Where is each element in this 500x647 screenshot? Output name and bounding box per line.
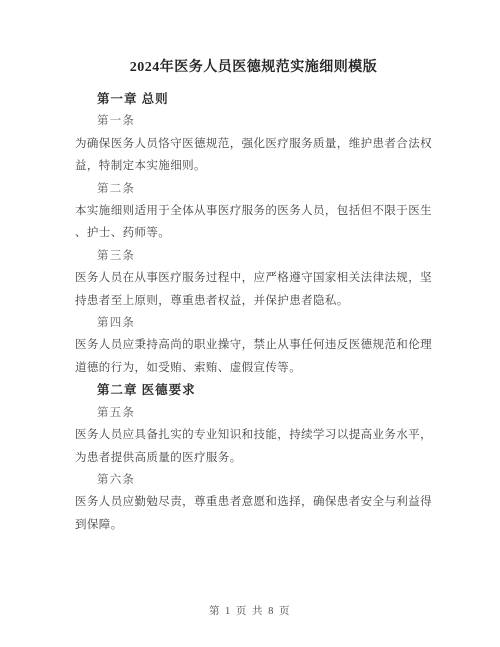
article-4-text-line-2: 道德的行为，如受贿、索贿、虚假宣传等。 (75, 357, 432, 379)
article-1-number: 第一条 (75, 110, 432, 132)
article-5-text-line-2: 为患者提供高质量的医疗服务。 (75, 447, 432, 469)
article-6-text-line-1: 医务人员应勤勉尽责，尊重患者意愿和选择，确保患者安全与利益得 (75, 491, 432, 513)
article-3-number: 第三条 (75, 245, 432, 267)
article-1-text-line-1: 为确保医务人员恪守医德规范，强化医疗服务质量，维护患者合法权 (75, 133, 432, 155)
document-page: 2024年医务人员医德规范实施细则模版 第一章 总则 第一条 为确保医务人员恪守… (0, 0, 500, 647)
article-6-text-line-2: 到保障。 (75, 514, 432, 536)
article-4-number: 第四条 (75, 312, 432, 334)
article-1-text-line-2: 益，特制定本实施细则。 (75, 155, 432, 177)
article-2-text-line-1: 本实施细则适用于全体从事医疗服务的医务人员，包括但不限于医生 (75, 200, 432, 222)
article-2-text-line-2: 、护士、药师等。 (75, 222, 432, 244)
article-4-text-line-1: 医务人员应秉持高尚的职业操守，禁止从事任何违反医德规范和伦理 (75, 334, 432, 356)
chapter-1-heading: 第一章 总则 (75, 88, 432, 110)
document-title: 2024年医务人员医德规范实施细则模版 (75, 56, 432, 80)
page-number-footer: 第 1 页 共 8 页 (0, 603, 500, 618)
article-3-text-line-2: 持患者至上原则，尊重患者权益，并保护患者隐私。 (75, 290, 432, 312)
article-3-text-line-1: 医务人员在从事医疗服务过程中，应严格遵守国家相关法律法规，坚 (75, 267, 432, 289)
article-5-number: 第五条 (75, 402, 432, 424)
chapter-2-heading: 第二章 医德要求 (75, 379, 432, 401)
document-body: 2024年医务人员医德规范实施细则模版 第一章 总则 第一条 为确保医务人员恪守… (75, 56, 432, 536)
article-6-number: 第六条 (75, 469, 432, 491)
article-2-number: 第二条 (75, 178, 432, 200)
article-5-text-line-1: 医务人员应具备扎实的专业知识和技能，持续学习以提高业务水平， (75, 424, 432, 446)
